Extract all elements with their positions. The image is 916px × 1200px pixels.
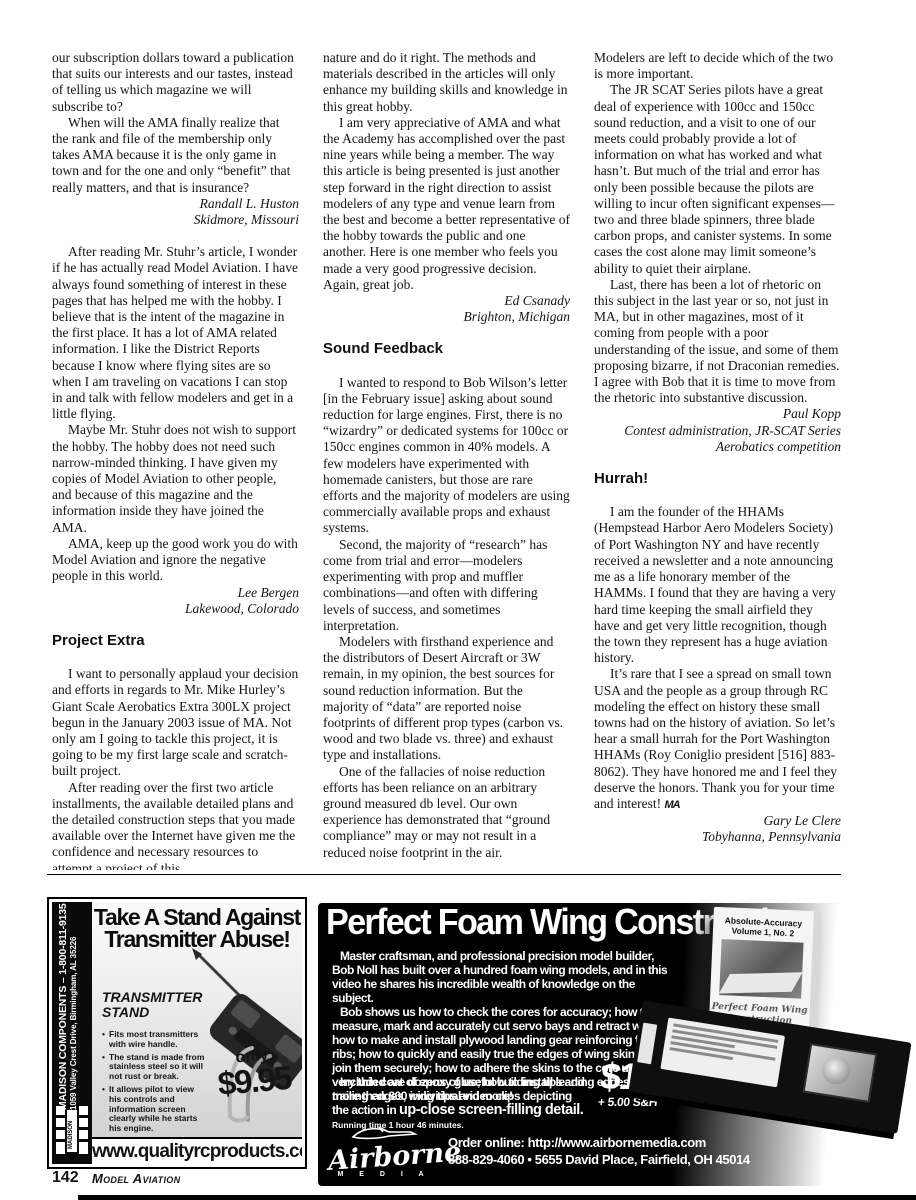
advertiser-phone: MADISON COMPONENTS – 1-800-811-9135 (57, 908, 69, 1110)
letter-paragraph: Modelers are left to decide which of the… (594, 50, 841, 82)
section-heading-sound-feedback: Sound Feedback (323, 341, 570, 357)
letter-text: It’s rare that I see a spread on small t… (594, 666, 837, 811)
product-name: TRANSMITTER STAND (102, 990, 202, 1020)
column-3: Modelers are left to decide which of the… (594, 50, 841, 870)
madison-logo: MADISON (55, 1104, 89, 1161)
ad-sidebar: MADISON COMPONENTS – 1-800-811-9135 1059… (52, 902, 92, 1164)
airborne-media-logo: Airborne M E D I A (328, 1125, 440, 1178)
airplane-icon (349, 1125, 419, 1141)
bullet-item: Fits most transmitters with wire handle. (102, 1030, 208, 1050)
cassette-window (802, 1043, 877, 1103)
letter-paragraph: AMA, keep up the good work you do with M… (52, 536, 299, 585)
bullet-item: The stand is made from stainless steel s… (102, 1053, 208, 1082)
order-phone-address: 888-829-4060 • 5655 David Place, Fairfie… (448, 1151, 750, 1168)
advertiser-address: 1059 Valley Crest Drive, Birmingham, AL … (69, 908, 78, 1110)
cassette-edge-label (637, 1023, 657, 1065)
cassette-label (660, 1018, 785, 1088)
letter-paragraph: Second, the majority of “research” has c… (323, 537, 570, 634)
letter-paragraph: One of the fallacies of noise reduction … (323, 764, 570, 861)
letter-paragraph: Last, there has been a lot of rhetoric o… (594, 277, 841, 407)
end-of-article-mark: MA (664, 799, 679, 811)
letter-paragraph: I am the founder of the HHAMs (Hempstead… (594, 504, 841, 666)
column-2: nature and do it right. The methods and … (323, 50, 570, 870)
ad-headline: Take A Stand Against Transmitter Abuse! (92, 906, 302, 950)
section-heading-hurrah: Hurrah! (594, 471, 841, 487)
letter-paragraph: our subscription dollars toward a public… (52, 50, 299, 115)
magazine-title: Model Aviation (92, 1171, 180, 1186)
signature-place: Lakewood, Colorado (52, 601, 299, 617)
signature-place: Tobyhanna, Pennsylvania (594, 829, 841, 845)
letter-paragraph: nature and do it right. The methods and … (323, 50, 570, 115)
signature-name: Gary Le Clere (594, 813, 841, 829)
column-1: our subscription dollars toward a public… (52, 50, 299, 870)
shipping-note: + 5.00 S&H (597, 1095, 673, 1109)
letter-paragraph: After reading Mr. Stuhr’s article, I won… (52, 244, 299, 422)
signature-name: Randall L. Huston (52, 196, 299, 212)
vhs-box-title: Absolute-Accuracy Volume 1, No. 2 (713, 915, 814, 939)
price-value: $9.95 (217, 1063, 292, 1099)
signature-role: Contest administration, JR-SCAT Series (594, 423, 841, 439)
advertiser-website: www.qualityrcproducts.com (92, 1137, 302, 1164)
signature-place: Skidmore, Missouri (52, 212, 299, 228)
foam-wing-video-ad: Perfect Foam Wing Construction Master cr… (318, 903, 916, 1186)
letter-paragraph: I am very appreciative of AMA and what t… (323, 115, 570, 293)
order-url: Order online: http://www.airbornemedia.c… (448, 1134, 750, 1151)
section-heading-project-extra: Project Extra (52, 633, 299, 649)
page-number: 142 (52, 1169, 79, 1187)
letter-paragraph: When will the AMA finally realize that t… (52, 115, 299, 196)
signature-name: Paul Kopp (594, 406, 841, 422)
order-info: Order online: http://www.airbornemedia.c… (448, 1134, 750, 1168)
letter-paragraph: The JR SCAT Series pilots have a great d… (594, 82, 841, 276)
letter-paragraph: After reading over the first two article… (52, 780, 299, 870)
ad-text-emphasis: up-close screen-filling detail. (399, 1102, 583, 1118)
vhs-box-cover-photo (719, 939, 803, 999)
magazine-page: our subscription dollars toward a public… (0, 0, 916, 1200)
price-block: only $9.95 (215, 1045, 292, 1099)
letter-paragraph: I wanted to respond to Bob Wilson’s lett… (323, 375, 570, 537)
letters-section: our subscription dollars toward a public… (52, 50, 841, 870)
ad-paragraph: Included are dozens of useful building t… (332, 1075, 588, 1132)
signature-name: Lee Bergen (52, 585, 299, 601)
ad-body: Take A Stand Against Transmitter Abuse! (92, 902, 302, 1164)
letter-paragraph: Maybe Mr. Stuhr does not wish to support… (52, 422, 299, 535)
letter-paragraph: Modelers with firsthand experience and t… (323, 634, 570, 764)
signature-place: Brighton, Michigan (323, 309, 570, 325)
feature-bullets: Fits most transmitters with wire handle.… (102, 1030, 208, 1137)
brand-name: Airborne (327, 1142, 440, 1174)
bullet-item: It allows pilot to view his controls and… (102, 1085, 208, 1134)
ad-paragraph: Master craftsman, and professional preci… (332, 949, 670, 1005)
content-ad-divider-rule (47, 874, 841, 875)
signature-role: Aerobatics competition (594, 439, 841, 455)
footer-rule (78, 1195, 916, 1200)
transmitter-stand-ad: MADISON COMPONENTS – 1-800-811-9135 1059… (47, 897, 307, 1169)
madison-logo-text: MADISON (68, 1121, 74, 1149)
letter-paragraph: It’s rare that I see a spread on small t… (594, 666, 841, 813)
letter-paragraph: I want to personally applaud your decisi… (52, 666, 299, 779)
signature-name: Ed Csanady (323, 293, 570, 309)
